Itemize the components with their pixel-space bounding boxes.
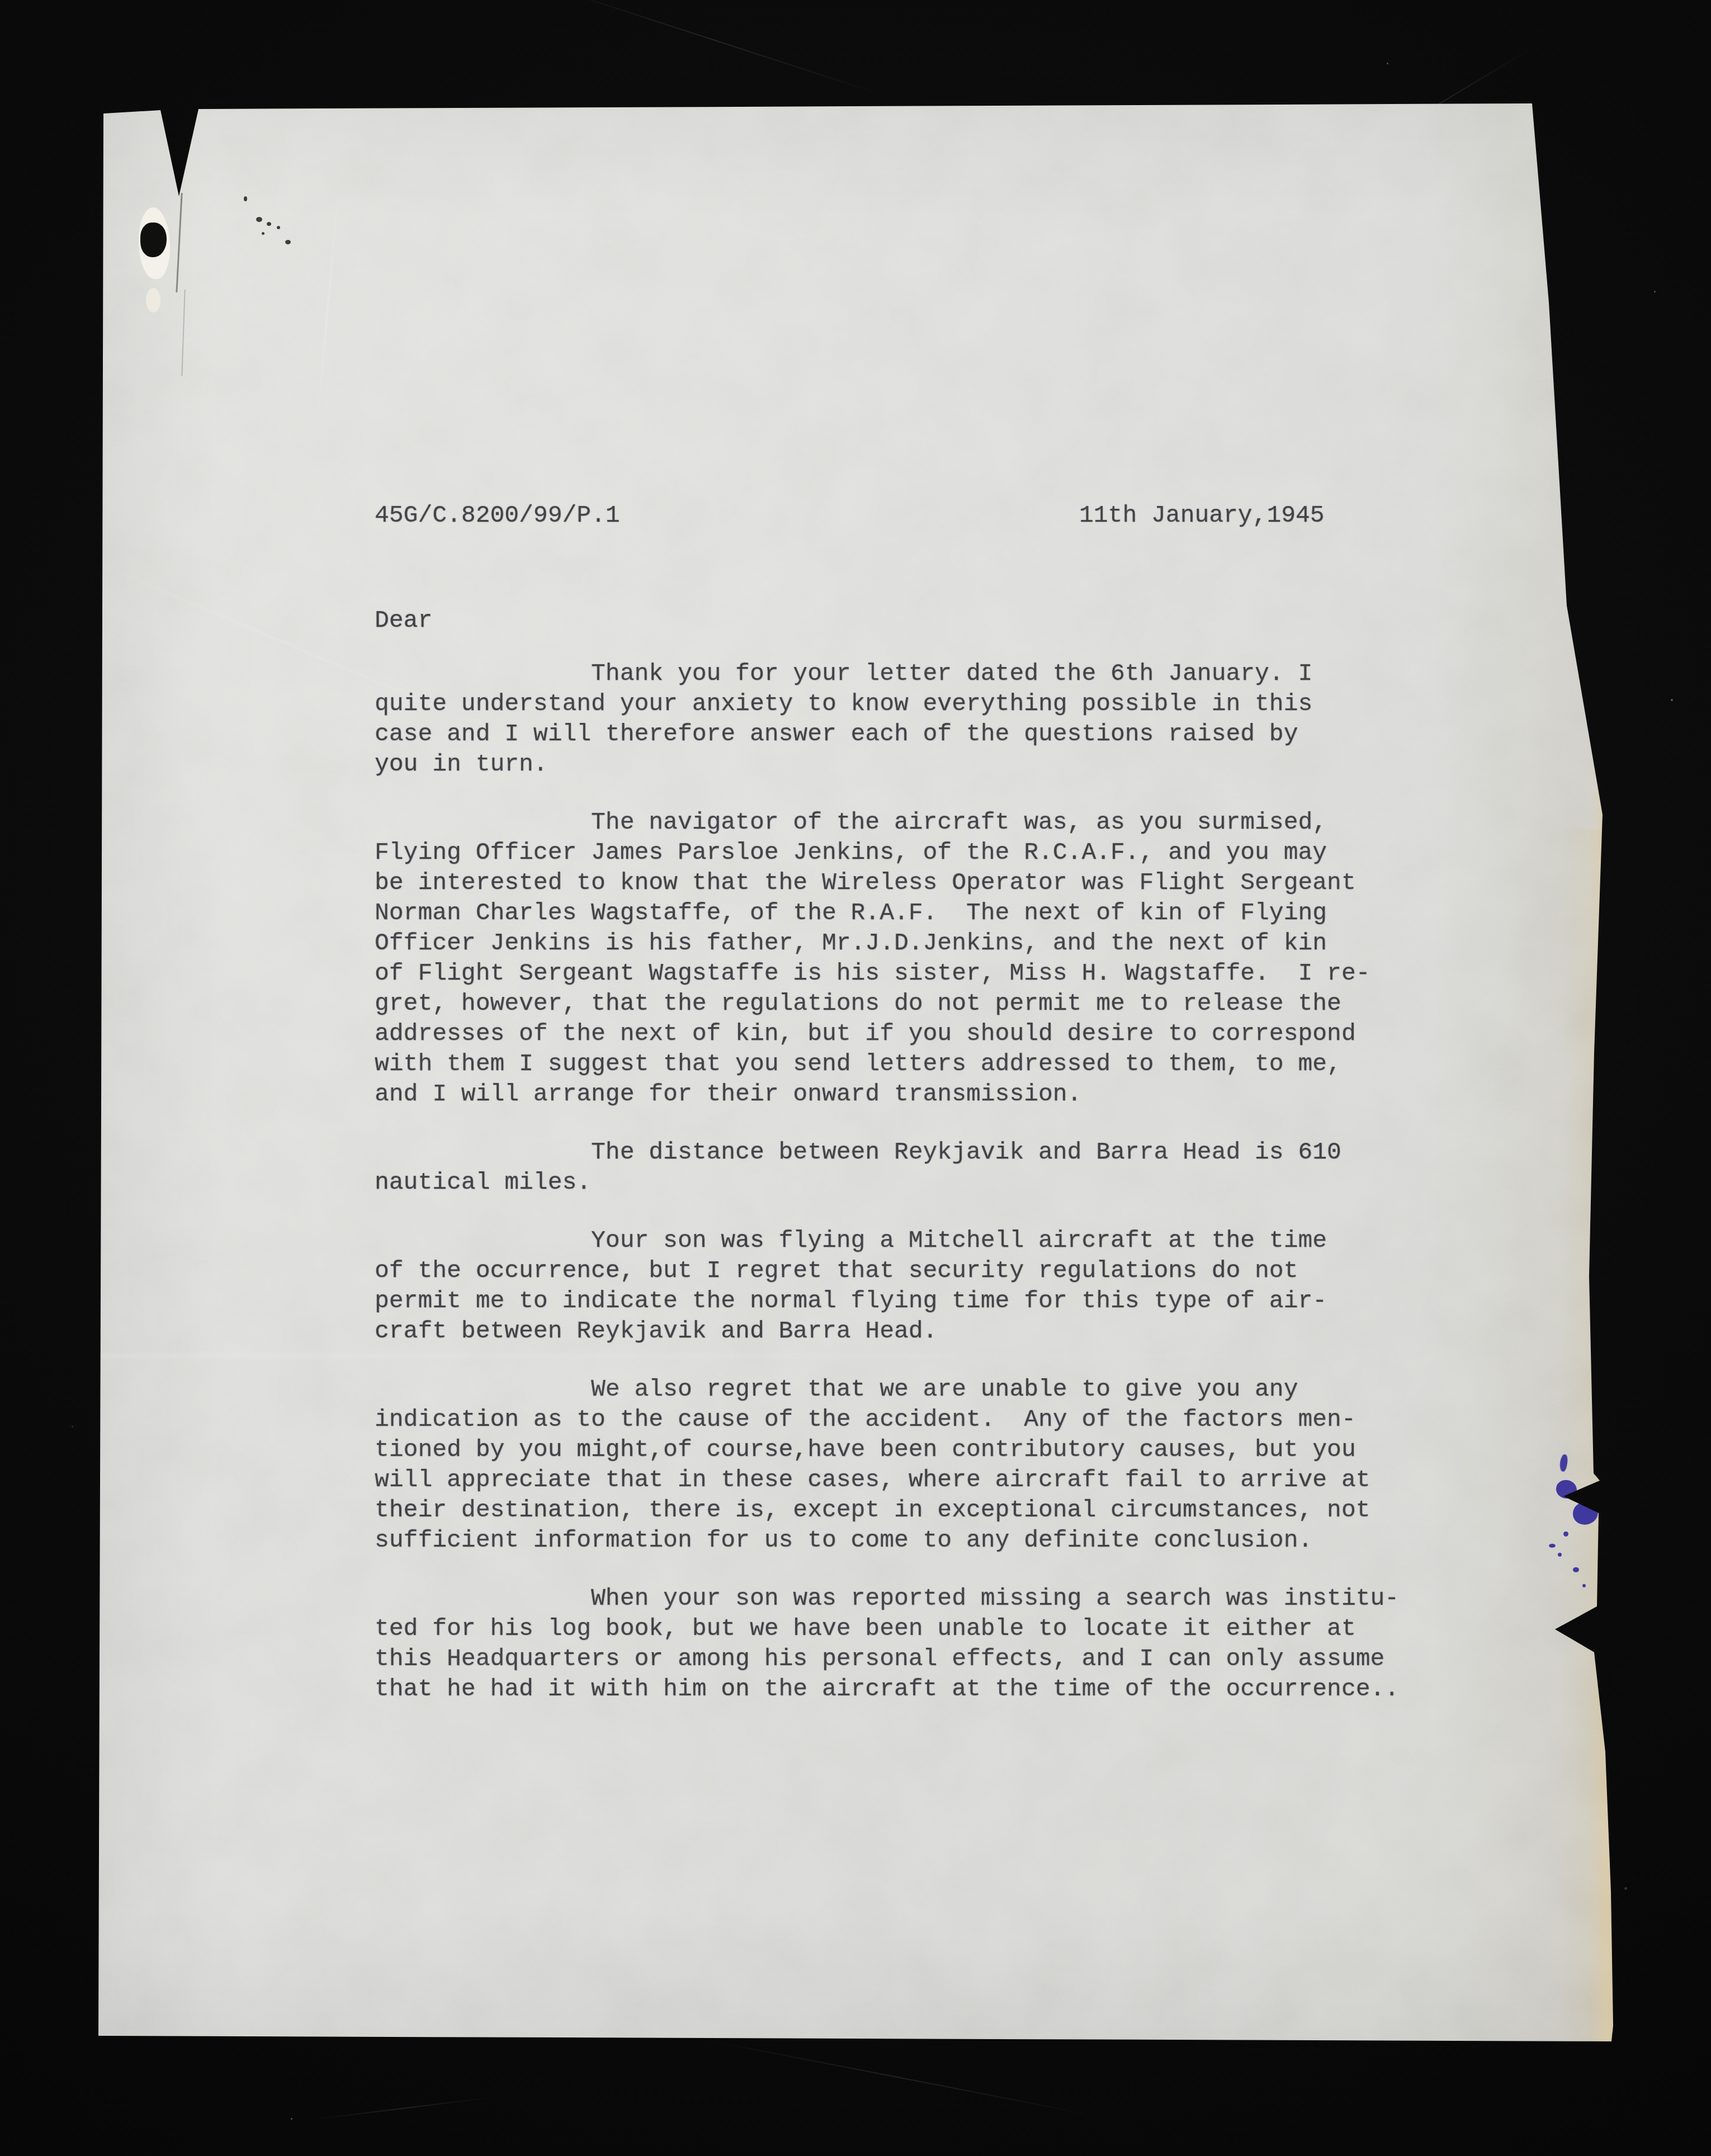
paper-crease [315,198,338,438]
dust-speck [1624,1887,1627,1890]
letter-paragraph: We also regret that we are unable to giv… [375,1374,1582,1555]
paper-fleck [146,288,160,313]
paper-hole-gap [140,223,167,257]
paper-speck [285,240,291,244]
dust-speck [72,1426,73,1427]
torn-edge-tint [1590,102,1614,2042]
paper-speck [277,226,280,229]
paper-speck [267,222,271,226]
letter-date: 11th January,1945 [1079,500,1325,531]
paper-tear-crack [181,290,185,376]
paper-speck [262,232,264,235]
ink-blot [1582,1584,1586,1587]
paper-hole [139,207,170,279]
ink-blot [1600,909,1605,914]
letter-paragraph: Thank you for your letter dated the 6th … [375,659,1582,779]
backdrop-scratch [314,2097,491,2120]
dust-speck [291,2118,292,2120]
reference-line: 45G/C.8200/99/P.1 11th January,1945 [375,500,1582,531]
paper-tear-crack [176,193,182,292]
letter-text: 45G/C.8200/99/P.1 11th January,1945 Dear… [375,500,1582,1704]
backdrop-scratch [540,0,886,96]
paper-speck [256,217,262,222]
letter-paragraph: When your son was reported missing a sea… [375,1583,1582,1704]
paper-speck [244,196,247,201]
letter-paragraph: The distance between Reykjavik and Barra… [375,1137,1582,1198]
photo-backdrop: 45G/C.8200/99/P.1 11th January,1945 Dear… [0,0,1711,2156]
dust-speck [1671,699,1673,701]
letter-page: 45G/C.8200/99/P.1 11th January,1945 Dear… [94,102,1614,2042]
salutation: Dear [375,606,1582,636]
letter-paragraph: The navigator of the aircraft was, as yo… [375,807,1582,1109]
backdrop-scratch [702,2039,1098,2116]
reference-number: 45G/C.8200/99/P.1 [375,500,620,531]
letter-paragraph: Your son was flying a Mitchell aircraft … [375,1226,1582,1346]
dust-speck [1387,63,1388,64]
dust-speck [1654,291,1656,292]
